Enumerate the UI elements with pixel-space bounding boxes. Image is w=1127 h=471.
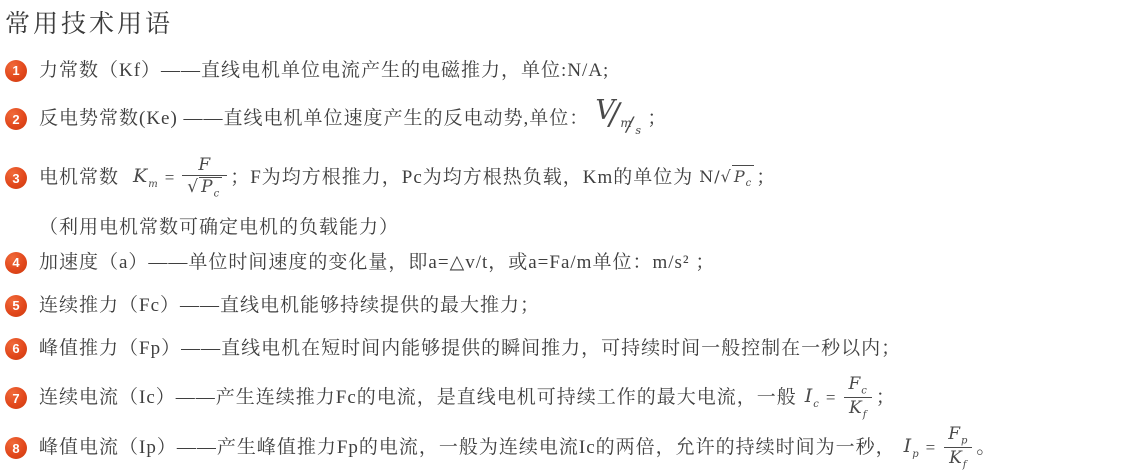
v-per-m-per-s-formula: V / m / s <box>593 97 643 141</box>
term-item-continuous-force: 5 连续推力（Fc）——直线电机能够持续提供的最大推力； <box>5 292 1119 319</box>
ic-formula: Fc Kf <box>843 375 872 421</box>
formula-symbol-s: s <box>635 124 642 139</box>
term-text-8-pre: 峰值电流（Ip）——产生峰值推力Fp的电流，一般为连续电流Ic的两倍，允许的持续… <box>39 435 896 461</box>
term-text-2-post: ； <box>647 106 667 132</box>
term-content-3: 电机常数 Km = F √Pc ；F为均方根推力，Pc为均方根热负载，Km的单位… <box>39 154 776 239</box>
term-item-continuous-current: 7 连续电流（Ic）——产生连续推力Fc的电流，是直线电机可持续工作的最大电流，… <box>5 374 1119 422</box>
formula-numerator-F: F <box>193 156 216 176</box>
item-number-badge-3: 3 <box>5 167 27 189</box>
term-item-peak-force: 6 峰值推力（Fp）——直线电机在短时间内能够提供的瞬间推力，可持续时间一般控制… <box>5 335 1119 362</box>
formula-denominator-Kf: Kf <box>844 397 872 421</box>
term-text-3-pre: 电机常数 <box>39 165 119 191</box>
term-item-force-constant: 1 力常数（Kf）——直线电机单位电流产生的电磁推力，单位:N/A; <box>5 57 1119 84</box>
term-text-6: 峰值推力（Fp）——直线电机在短时间内能够提供的瞬间推力，可持续时间一般控制在一… <box>39 336 901 362</box>
term-text-4: 加速度（a）——单位时间速度的变化量，即a=△v/t，或a=Fa/m单位：m/s… <box>39 250 715 276</box>
term-text-1: 力常数（Kf）——直线电机单位电流产生的电磁推力，单位:N/A; <box>39 58 609 84</box>
formula-numerator-Fc: Fc <box>843 375 872 397</box>
unit-n-per-sqrt-pc: N/√Pc <box>699 165 754 191</box>
term-text-3-mid: ；F为均方根推力，Pc为均方根热负载，Km的单位为 <box>230 165 693 191</box>
term-item-back-emf-constant: 2 反电势常数(Ke) ——直线电机单位速度产生的反电动势,单位： V / m … <box>5 97 1119 141</box>
term-text-5: 连续推力（Fc）——直线电机能够持续提供的最大推力； <box>39 293 540 319</box>
term-text-8-post: 。 <box>976 435 996 461</box>
terms-list: 1 力常数（Kf）——直线电机单位电流产生的电磁推力，单位:N/A; 2 反电势… <box>5 57 1119 471</box>
formula-denominator-sqrt-pc: √Pc <box>182 175 227 200</box>
term-text-3-post: ； <box>756 165 776 191</box>
document-page: 常用技术用语 1 力常数（Kf）——直线电机单位电流产生的电磁推力，单位:N/A… <box>0 0 1127 471</box>
item-number-badge-5: 5 <box>5 295 27 317</box>
term-text-7-pre: 连续电流（Ic）——产生连续推力Fc的电流，是直线电机可持续工作的最大电流，一般 <box>39 385 797 411</box>
term-text-3-line2: （利用电机常数可确定电机的负载能力） <box>39 212 776 239</box>
formula-denominator-Kf: Kf <box>944 447 972 471</box>
km-symbol: Km <box>133 164 159 191</box>
equals-sign: = <box>926 437 937 460</box>
term-text-3: 电机常数 Km = F √Pc ；F为均方根推力，Pc为均方根热负载，Km的单位… <box>39 154 776 202</box>
term-item-peak-current: 8 峰值电流（Ip）——产生峰值推力Fp的电流，一般为连续电流Ic的两倍，允许的… <box>5 424 1119 471</box>
equals-sign: = <box>165 167 176 190</box>
term-text-2: 反电势常数(Ke) ——直线电机单位速度产生的反电动势,单位： V / m / … <box>39 97 667 141</box>
item-number-badge-2: 2 <box>5 108 27 130</box>
item-number-badge-7: 7 <box>5 387 27 409</box>
term-text-2-pre: 反电势常数(Ke) ——直线电机单位速度产生的反电动势,单位： <box>39 106 589 132</box>
item-number-badge-4: 4 <box>5 252 27 274</box>
ic-symbol: Ic <box>805 384 820 411</box>
item-number-badge-6: 6 <box>5 338 27 360</box>
term-item-acceleration: 4 加速度（a）——单位时间速度的变化量，即a=△v/t，或a=Fa/m单位：m… <box>5 249 1119 276</box>
item-number-badge-8: 8 <box>5 437 27 459</box>
equals-sign: = <box>826 387 837 410</box>
term-item-motor-constant: 3 电机常数 Km = F √Pc ；F为均方根推力，Pc为均方根热负载，Km的… <box>5 154 1119 239</box>
ip-formula: Fp Kf <box>943 425 973 471</box>
km-formula: F √Pc <box>182 156 227 200</box>
formula-numerator-Fp: Fp <box>943 425 973 447</box>
page-title: 常用技术用语 <box>5 4 1119 40</box>
term-text-7-post: ； <box>876 385 896 411</box>
item-number-badge-1: 1 <box>5 60 27 82</box>
formula-slash: / <box>626 111 634 138</box>
term-text-8: 峰值电流（Ip）——产生峰值推力Fp的电流，一般为连续电流Ic的两倍，允许的持续… <box>39 424 996 471</box>
formula-slash: / <box>609 95 620 136</box>
ip-symbol: Ip <box>904 434 920 461</box>
term-text-7: 连续电流（Ic）——产生连续推力Fc的电流，是直线电机可持续工作的最大电流，一般… <box>39 374 896 422</box>
